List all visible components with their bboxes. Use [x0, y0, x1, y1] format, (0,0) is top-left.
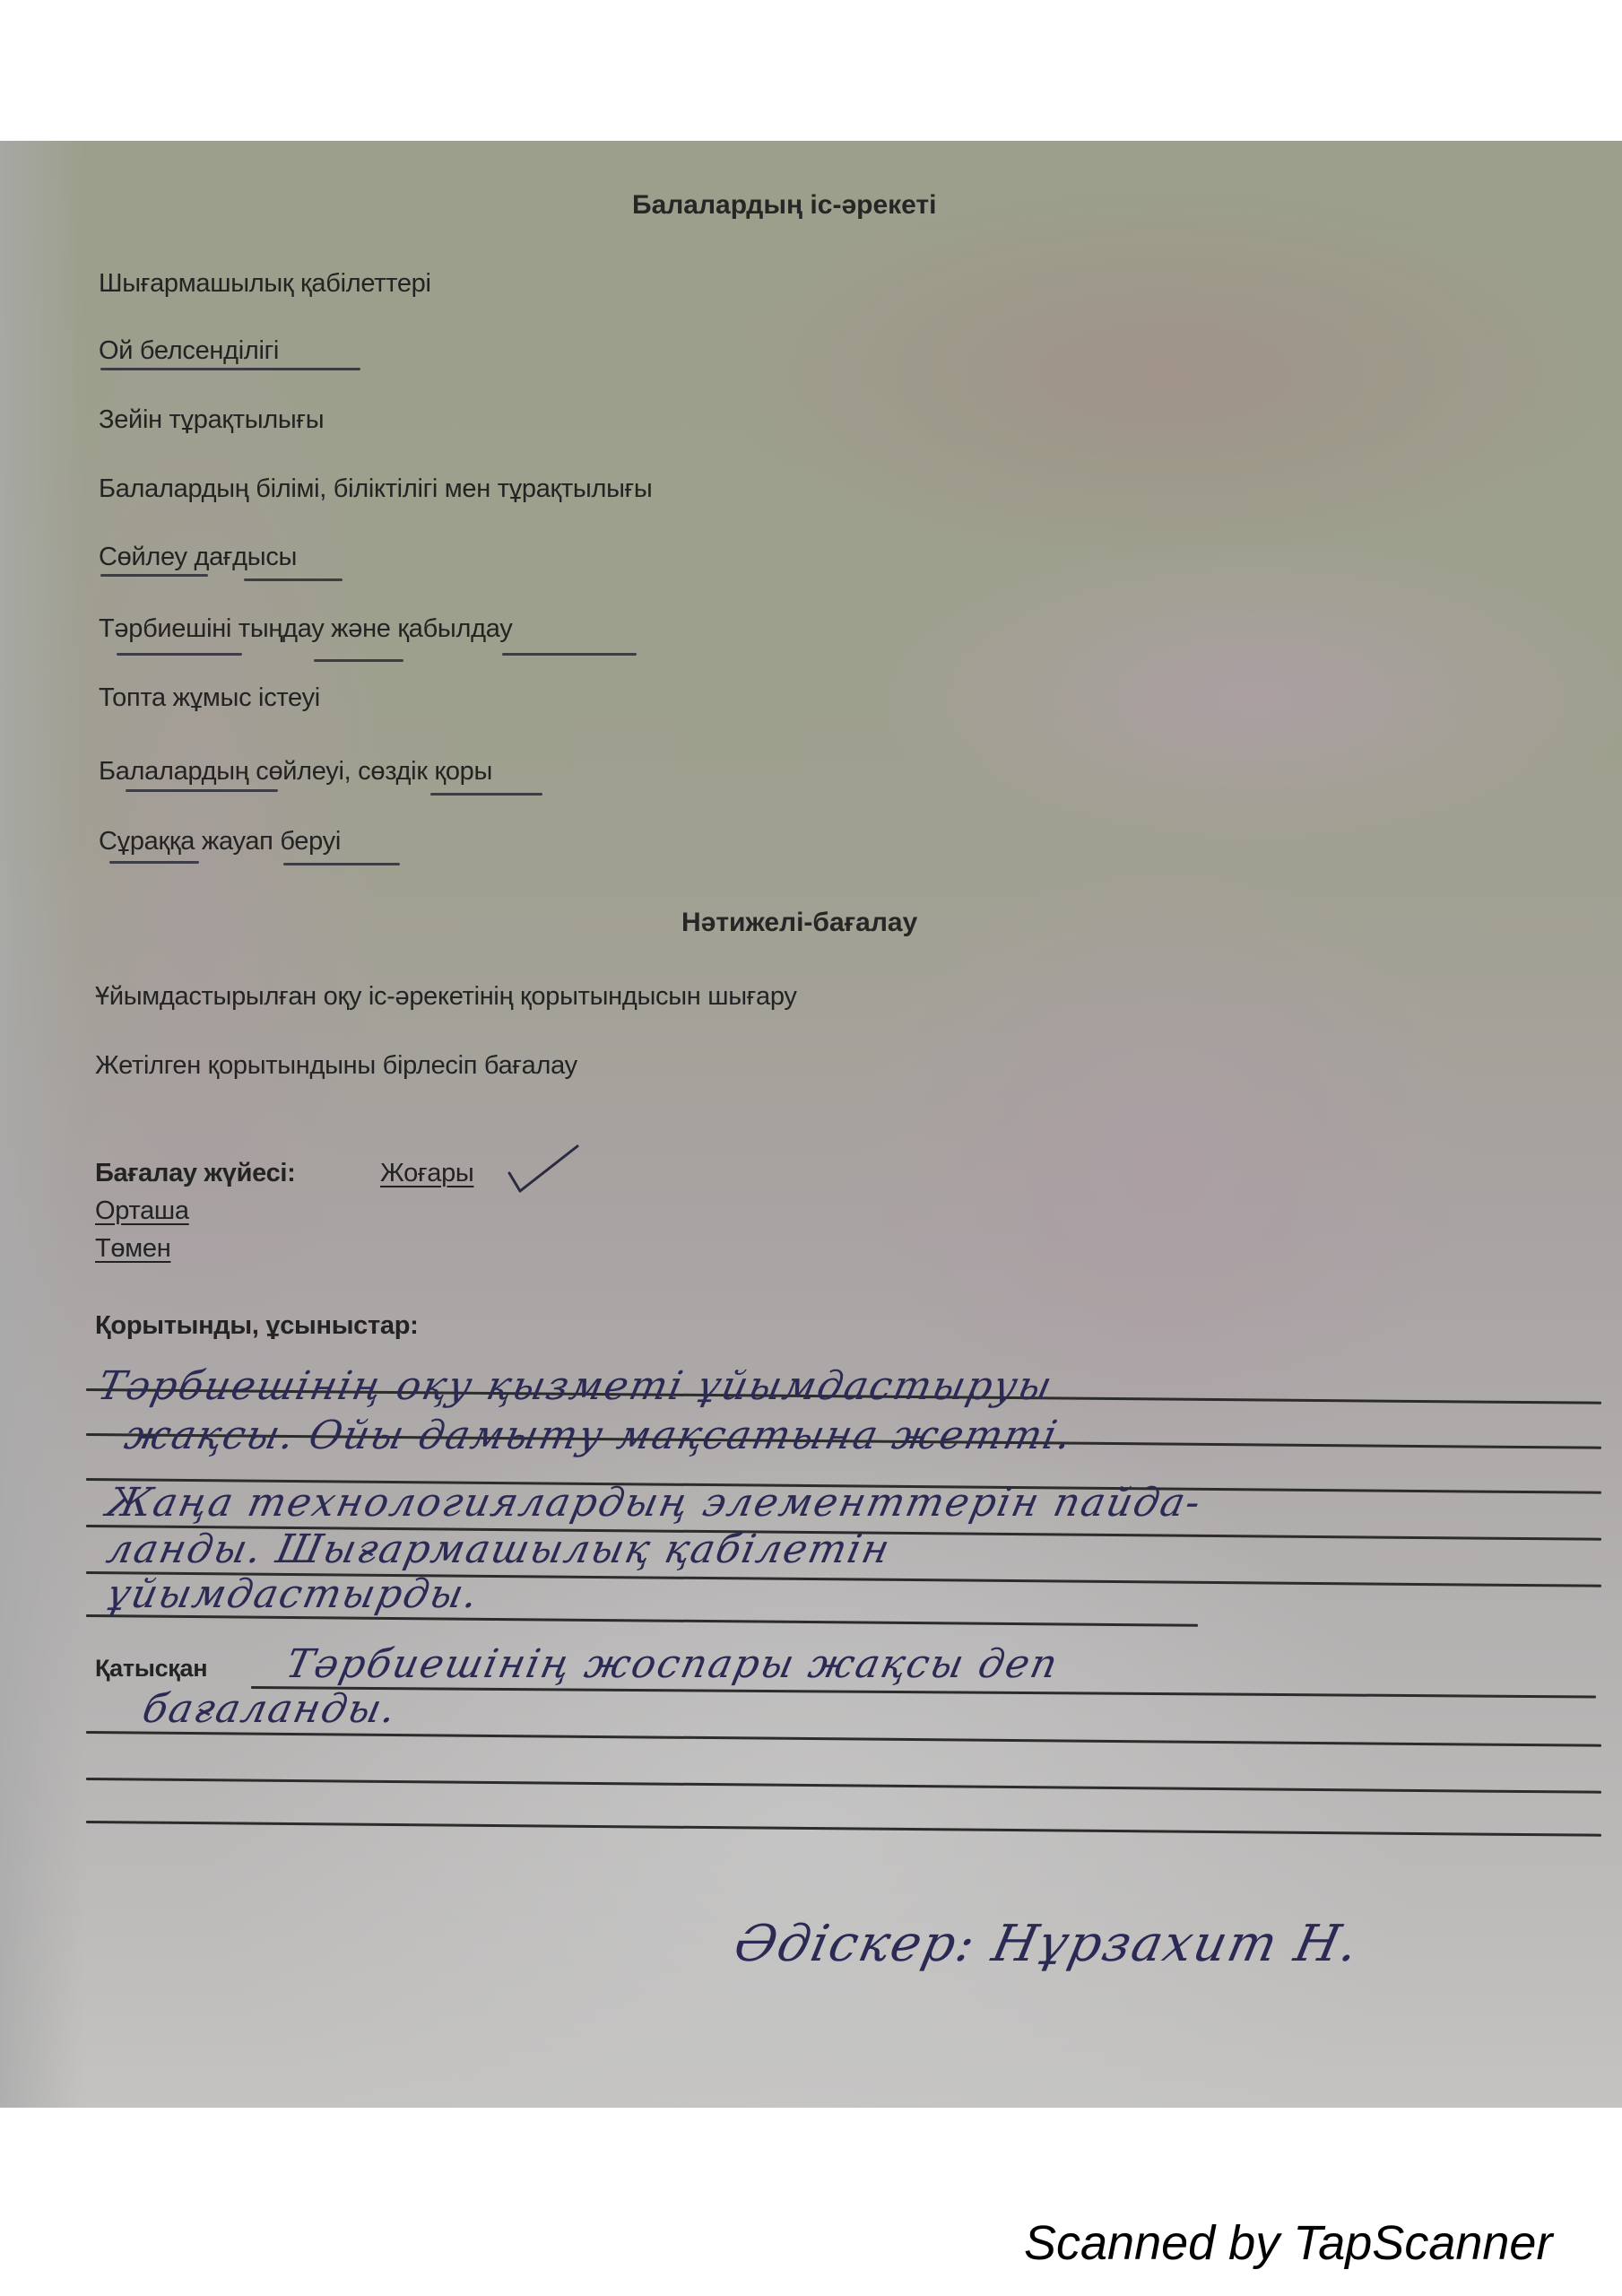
scanned-paper	[0, 141, 1622, 2108]
pen-underline	[117, 653, 242, 656]
result-item: Ұйымдастырылған оқу іс-әрекетінің қорыты…	[95, 982, 797, 1012]
section-title-activity: Балалардың іс-әрекеті	[632, 190, 936, 221]
activity-item: Сұраққа жауап беруі	[99, 827, 341, 857]
activity-item: Зейін тұрақтылығы	[99, 405, 324, 435]
pen-underline	[244, 578, 343, 581]
handwritten-conclusion-line: ұйымдастырды.	[103, 1571, 484, 1617]
grading-label: Бағалау жүйесі:	[95, 1159, 296, 1188]
result-item: Жетілген қорытындыны бірлесіп бағалау	[95, 1051, 577, 1081]
pen-underline	[100, 574, 208, 577]
section-title-result: Нәтижелі-бағалау	[681, 908, 917, 938]
pen-underline	[314, 659, 403, 662]
checkmark-icon	[504, 1141, 585, 1196]
handwritten-conclusion-line: Жаңа технологиялардың элементтерін пайда…	[103, 1480, 1207, 1526]
methodologist-signature: Әдіскер: Нұрзахит Н.	[729, 1915, 1365, 1973]
activity-item: Сөйлеу дағдысы	[99, 543, 297, 572]
paper-shadow	[0, 141, 85, 2108]
pen-underline	[502, 653, 637, 656]
participant-label: Қатысқан	[95, 1655, 207, 1683]
activity-item: Ой белсенділігі	[99, 336, 279, 366]
activity-item: Шығармашылық қабілеттері	[99, 269, 431, 299]
pen-underline	[100, 368, 360, 370]
conclusions-label: Қорытынды, ұсыныстар:	[95, 1311, 419, 1341]
activity-item: Топта жұмыс істеуі	[99, 683, 320, 713]
handwritten-conclusion-line: Тәрбиешінің оқу қызметі ұйымдастыруы	[94, 1363, 1058, 1409]
grading-option-high: Жоғары	[380, 1159, 473, 1188]
handwritten-participant-line: Тәрбиешінің жоспары жақсы деп	[282, 1641, 1063, 1687]
activity-item: Тәрбиешіні тыңдау және қабылдау	[99, 614, 512, 644]
handwritten-participant-line: бағаланды.	[139, 1686, 402, 1732]
activity-item: Балалардың сөйлеуі, сөздік қоры	[99, 757, 492, 787]
pen-underline	[430, 793, 542, 796]
grading-option-medium: Орташа	[95, 1196, 189, 1226]
grading-option-low: Төмен	[95, 1234, 170, 1264]
scanner-watermark: Scanned by TapScanner	[1024, 2215, 1552, 2271]
pen-underline	[109, 861, 199, 864]
pen-underline	[126, 789, 278, 792]
handwritten-conclusion-line: жақсы. Ойы дамыту мақсатына жетті.	[121, 1413, 1078, 1458]
activity-item: Балалардың білімі, біліктілігі мен тұрақ…	[99, 474, 652, 504]
handwritten-conclusion-line: ланды. Шығармашылық қабілетін	[103, 1526, 896, 1572]
pen-underline	[283, 863, 400, 865]
